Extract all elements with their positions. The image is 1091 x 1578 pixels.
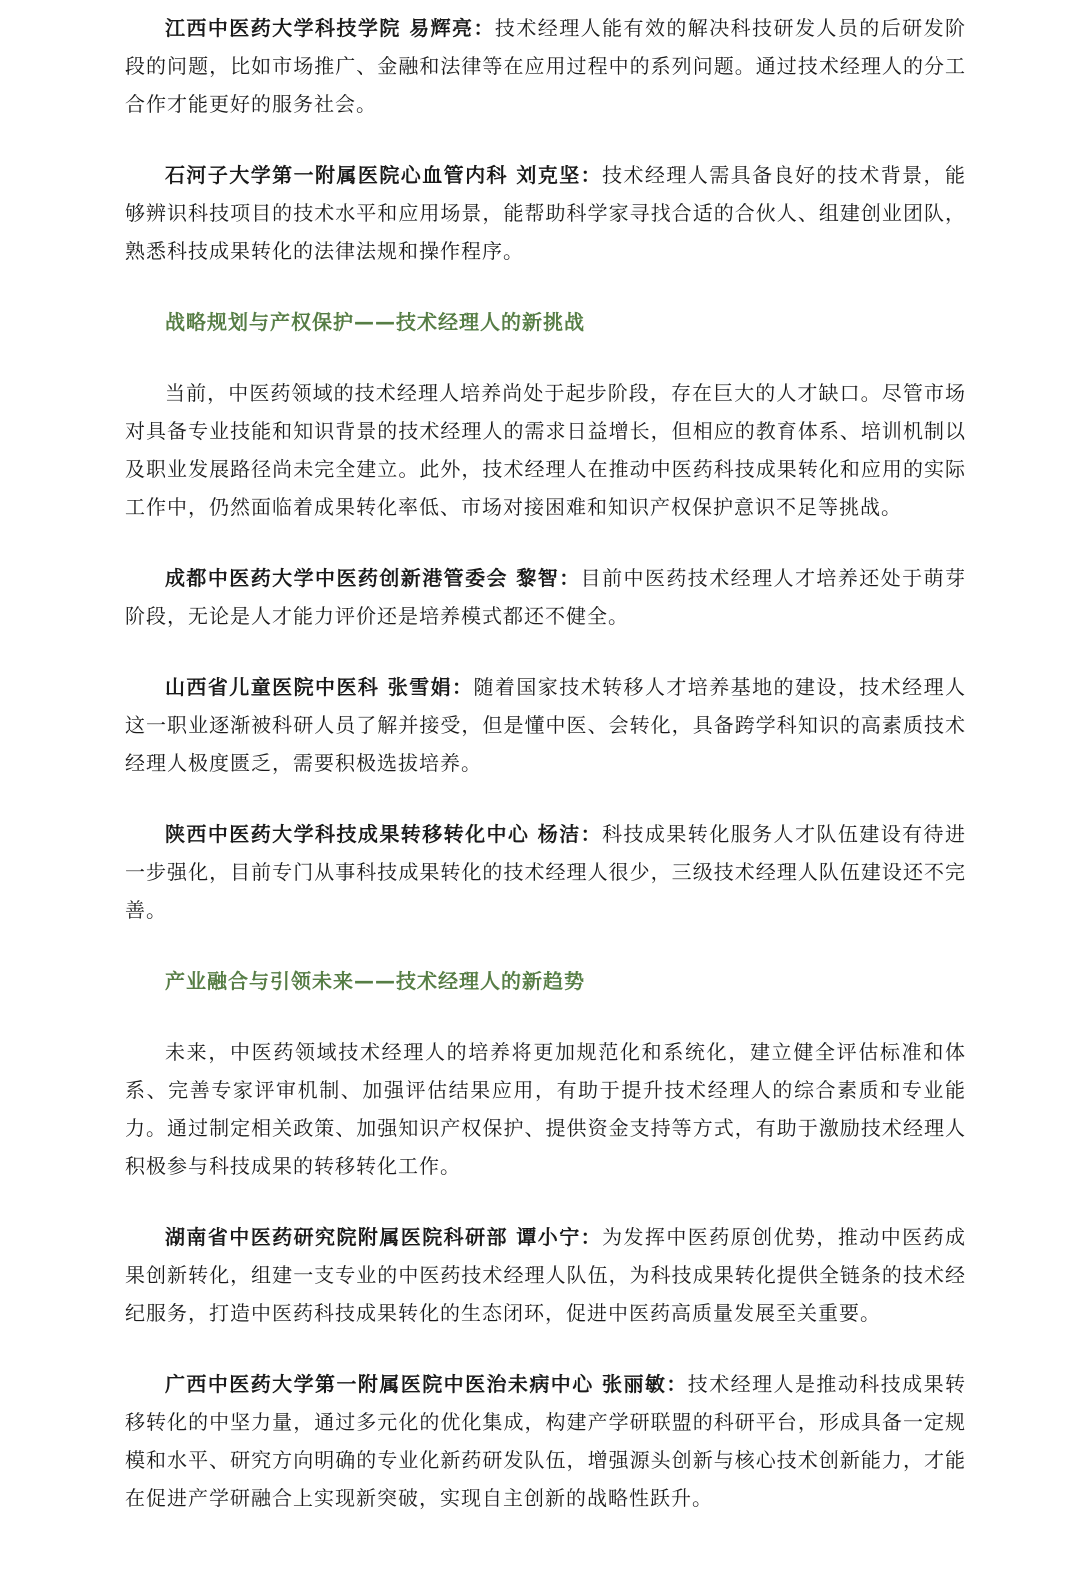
quote-paragraph-zhangxuejuan: 山西省儿童医院中医科 张雪娟：随着国家技术转移人才培养基地的建设，技术经理人这一… (125, 668, 966, 782)
speaker-name: 陕西中医药大学科技成果转移转化中心 杨洁： (165, 822, 602, 846)
speaker-name: 湖南省中医药研究院附属医院科研部 谭小宁： (165, 1225, 602, 1249)
speaker-name: 江西中医药大学科技学院 易辉亮： (165, 16, 495, 40)
quote-paragraph-zhanglimin: 广西中医药大学第一附属医院中医治未病中心 张丽敏：技术经理人是推动科技成果转移转… (125, 1365, 966, 1517)
speaker-name: 广西中医药大学第一附属医院中医治未病中心 张丽敏： (165, 1372, 688, 1396)
speaker-name: 成都中医药大学中医药创新港管委会 黎智： (165, 566, 581, 590)
body-paragraph-future: 未来，中医药领域技术经理人的培养将更加规范化和系统化，建立健全评估标准和体系、完… (125, 1033, 966, 1185)
quote-paragraph-liukejian: 石河子大学第一附属医院心血管内科 刘克坚：技术经理人需具备良好的技术背景，能够辨… (125, 156, 966, 270)
quote-paragraph-yangjie: 陕西中医药大学科技成果转移转化中心 杨洁：科技成果转化服务人才队伍建设有待进一步… (125, 815, 966, 929)
body-paragraph-current-status: 当前，中医药领域的技术经理人培养尚处于起步阶段，存在巨大的人才缺口。尽管市场对具… (125, 374, 966, 526)
speaker-name: 石河子大学第一附属医院心血管内科 刘克坚： (165, 163, 602, 187)
quote-paragraph-yihuiliang: 江西中医药大学科技学院 易辉亮：技术经理人能有效的解决科技研发人员的后研发阶段的… (125, 9, 966, 123)
article-page: 江西中医药大学科技学院 易辉亮：技术经理人能有效的解决科技研发人员的后研发阶段的… (125, 0, 966, 1517)
section-heading-challenges: 战略规划与产权保护——技术经理人的新挑战 (125, 303, 966, 341)
speaker-name: 山西省儿童医院中医科 张雪娟： (165, 675, 473, 699)
quote-paragraph-tanxiaoning: 湖南省中医药研究院附属医院科研部 谭小宁：为发挥中医药原创优势，推动中医药成果创… (125, 1218, 966, 1332)
section-heading-trends: 产业融合与引领未来——技术经理人的新趋势 (125, 962, 966, 1000)
quote-paragraph-lizhi: 成都中医药大学中医药创新港管委会 黎智：目前中医药技术经理人才培养还处于萌芽阶段… (125, 559, 966, 635)
